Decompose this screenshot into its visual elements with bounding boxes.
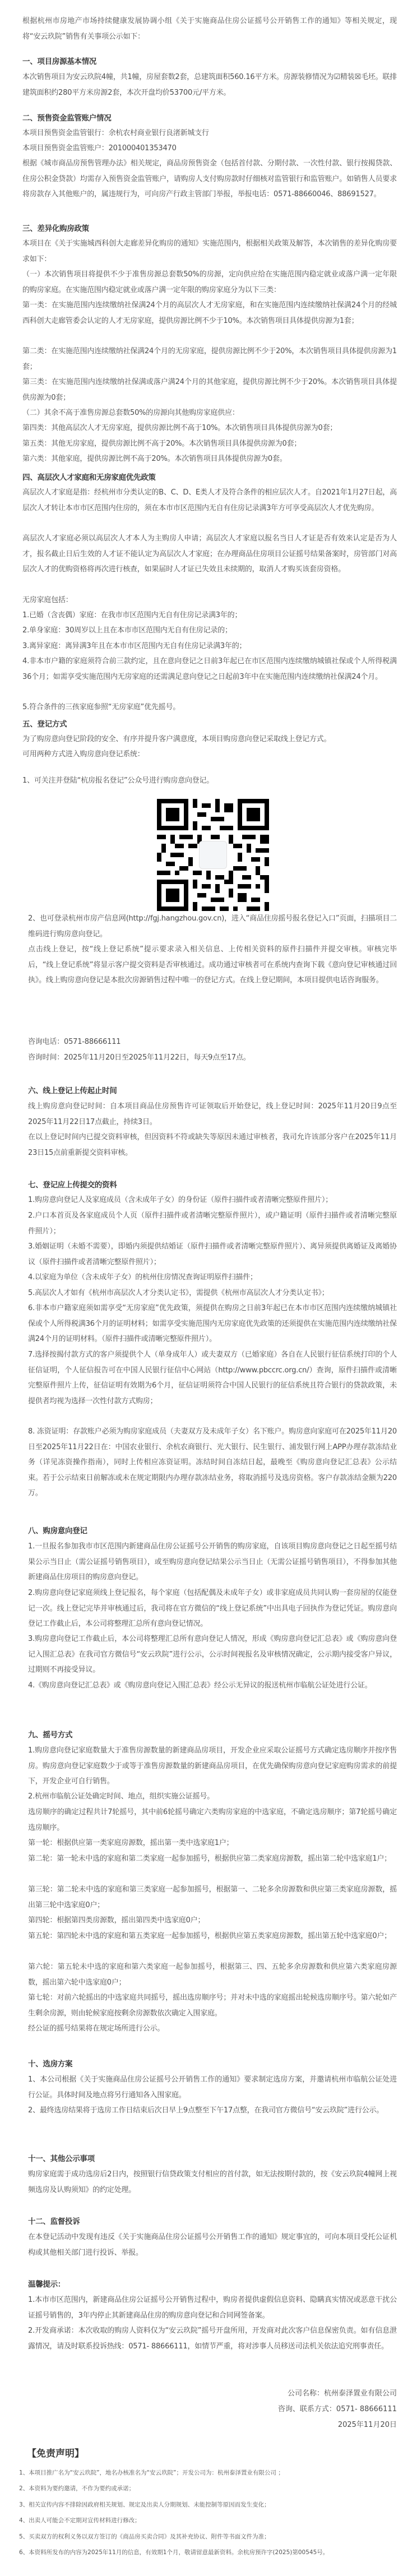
round-2: 第二轮：第一轮未中选的家庭和第二类家庭一起参加摇号，根据供应第二类家庭房源数，摇… [28, 1851, 397, 1867]
section-5-p3: 点击线上登记，按“线上登记系统”提示要求录入相关信息、上传相关资料的原件扫描件并… [28, 942, 397, 988]
material-item-5: 5.高层次人才如有《杭州市高层次人才分类认定书》，需提供《杭州市高层次人才分类认… [28, 1285, 397, 1301]
qr-code-image[interactable] [157, 799, 269, 911]
section-5-p1: 为了购房意向登记阶段的安全、有序并提升客户满意度，本项目购房意向登记采取线上登记… [22, 732, 397, 747]
disclaimer-item: 6、本资料所发布的内容为2025年11月的信息，有效期1个月，敬请留意最新资料。… [19, 2548, 406, 2557]
section-2-title: 二、预售资金监管账户情况 [22, 113, 111, 124]
no-house-item-1: 1.已婚（含丧偶）家庭：在我市市区范围内无自有住房记录满3年的； [22, 608, 397, 623]
section-4-p3: 无房家庭包括： [22, 593, 397, 608]
section-3-intro: 本项目在《关于实施城西科创大走廊差异化购房的通知》实施范围内，根据相关政策及解答… [22, 236, 397, 267]
section-11-p1: 购房家庭需于成功选房后2日内，按照银行信贷政策支付相应的首付款，如无法按期付款的… [28, 2167, 397, 2198]
category-2: 第二类：在实施范围内连续缴纳社保满24个月的无房家庭，提供房源比例不少于20%，… [22, 344, 397, 374]
material-item-7: 7.选择按揭付款方式的客户须提供个人（单身成年人）或夫妻双方（已婚家庭）各自在人… [28, 1347, 397, 1409]
material-item-2: 2.户口本首页及各家庭成员个人页（原件扫描件或者清晰完整原件照片），或户籍证明（… [28, 1208, 397, 1239]
material-item-1: 1.购房意向登记人及家庭成员（含未成年子女）的身份证（原件扫描件或者清晰完整原件… [28, 1192, 397, 1208]
disclaimer-item: 1、本项目推广名为“安云玖院”，地名办核准名为“安云玖院”；开发公司为：杭州泰泽… [19, 2468, 406, 2477]
round-6: 第六轮：第五轮未中选的家庭和第六类家庭一起参加摇号，根据第三、四、五轮多余房源数… [28, 1959, 397, 1990]
section-3-part2: （二）其余不高于准售房源总套数50%的房源向其他购房家庭供应： [22, 405, 397, 421]
section-3-title: 三、差异化购房政策 [22, 223, 89, 234]
disclaimer-item: 4、出卖人可能会不定期对宣传材料进行修改； [19, 2516, 406, 2525]
section-2-body: 根据《城市商品房预售管理办法》相关规定，商品房预售资金（包括首付款、分期付款、一… [22, 156, 397, 202]
section-6-p2: 在以上登记时间内已提交资料审核，但因资料不符或缺失等原因未通过审核者，我司允许该… [28, 1130, 397, 1160]
supervision-bank: 本项目预售资金监管银行：余杭农村商业银行良渚新城支行 [22, 126, 397, 141]
material-item-3: 3.婚姻证明（未婚不需要），即婚内须提供结婚证（原件扫描件或者清晰完整原件照片）… [28, 1239, 397, 1270]
consult-hours: 咨询时间：2025年11月20日至2025年11月22日，每天9点至17点。 [28, 1050, 397, 1066]
lottery-rounds-intro: 选房顺序的确定过程共计7轮摇号，其中前6轮摇号确定六类购房家庭的中选家庭，不确定… [28, 1805, 397, 1835]
category-6: 第六类：其他家庭，提供房源比例不高于20%。本次销售项目具体提供房源为0套。 [22, 451, 397, 467]
lottery-item-2: 2.杭州市临航公证处确定时间、地点，组织实施公证摇号。 [28, 1789, 397, 1805]
tips-title: 温馨提示： [28, 2279, 65, 2290]
registration-way-2: 2、也可登录杭州市房产信息网(http://fgj.hangzhou.gov.c… [28, 911, 397, 942]
selection-item-1: 1、本公司根据《关于实施商品住房公证摇号公开销售工作的通知》要求制定选房方案，并… [28, 2072, 397, 2103]
section-1-body: 本次销售项目为安云玖院4幢，共1幢，房屋套数2套，总建筑面积560.16平方米。… [22, 70, 397, 100]
selection-item-2: 2、最终选房结果将于选房工作日结束后次日早上9点整至下午17点整，在我司官方微信… [28, 2103, 397, 2119]
material-item-4: 4.以家庭为单位（含未成年子女）的杭州住房情况查询证明原件扫描件； [28, 1270, 397, 1285]
section-8-title: 八、购房意向登记 [28, 1525, 87, 1537]
intent-item-4: 4.《购房意向登记汇总表》或《购房意向登记入围汇总表》经公示无异议的报送杭州市临… [28, 1678, 397, 1694]
intent-item-2: 2.购房意向登记家庭须线上登记报名，每个家庭（包括配偶及未成年子女）或非家庭成员… [28, 1585, 397, 1632]
category-5: 第五类：其他无房家庭，提供房源比例不高于20%。本次销售项目具体提供房源为0套； [22, 436, 397, 452]
intro-paragraph: 根据杭州市房地产市场持续健康发展协调小组《关于实施商品住房公证摇号公开销售工作的… [22, 13, 397, 44]
section-5-p2: 可用两种方式进入购房意向登记系统： [22, 747, 397, 762]
registration-way-1: 1、可关注并登陆“杭房报名登记”公众号进行购房意向登记。 [22, 773, 397, 789]
section-5-title: 五、登记方式 [22, 719, 67, 730]
consult-phone: 咨询电话：0571-88666111 [28, 1034, 397, 1050]
round-4: 第四轮：根据第四类房源数，摇出第四类中选家庭0户； [28, 1913, 397, 1928]
disclaimer-item: 3、相关宣传内容不排除因政府相关规划、规定及出卖人分期规划、未能控制等原因而发生… [19, 2500, 406, 2509]
material-item-8: 8. 冻资证明：存款账户必须为购房家庭成员（夫妻双方及未成年子女）名下账户。购房… [28, 1424, 397, 1501]
no-house-item-5: 5.符合条件的三孩家庭参照“无房家庭”优先摇号。 [22, 700, 397, 715]
supervision-account: 本项目预售资金监管账户：201000401353470 [22, 141, 397, 156]
section-6-title: 六、线上登记上传起止时间 [28, 1085, 117, 1097]
disclaimer-item: 2、本资料为要约邀请，不作为要约或承诺； [19, 2484, 406, 2493]
section-6-p1: 线上购房意向登记时间：自本项目商品住房预售许可证领取后开始登记，线上登记时间：2… [28, 1099, 397, 1130]
round-1: 第一轮：根据供应第一类家庭房源数，摇出第一类中选家庭1户； [28, 1835, 397, 1851]
category-1: 第一类：在实施范围内连续缴纳社保满24个月的高层次人才无房家庭，和在实施范围内连… [22, 298, 397, 329]
section-3-part1: （一）本次销售项目将提供不少于准售房源总套数50%的房源，定向供应给在实施范围内… [22, 267, 397, 298]
announcement-date: 2025年11月20日 [338, 2420, 397, 2431]
disclaimer-item: 5、买卖双方的权利义务以双方签订的《商品房买卖合同》及其补充协议、附件等书面文件… [19, 2532, 406, 2541]
section-11-title: 十一、其他公示事项 [28, 2153, 95, 2165]
intent-item-3: 3.购房意向登记工作截止后，本公司将整理汇总所有意向登记人情况，形成《购房意向登… [28, 1631, 397, 1678]
no-house-item-3: 3.离异家庭：离异满3年且在本市市区范围内无自有住房记录满3年的； [22, 639, 397, 654]
no-house-item-2: 2.单身家庭：30周岁以上且在本市市区范围内无自有住房记录的； [22, 623, 397, 639]
round-5: 第五轮：第四轮未中选的家庭和第五类家庭一起参加摇号，根据供应第五类家庭房源数，摇… [28, 1928, 397, 1944]
category-4: 第四类：其他高层次人才无房家庭，提供房源比例不高于10%。本次销售项目具体提供房… [22, 420, 397, 436]
section-1-title: 一、项目房源基本情况 [22, 56, 96, 67]
disclaimer-title: 【免责声明】 [27, 2447, 84, 2461]
lottery-result-note: 经公证的摇号结果将在规定场所进行公示。 [28, 2021, 397, 2037]
section-12-p1: 在本登记活动中发现有违反《关于实施商品住房公证摇号公开销售工作的通知》规定事宜的… [28, 2230, 397, 2260]
round-3: 第三轮：第二轮未中选的家庭和第三类家庭一起参加摇号，根据第一、二轮多余房源数和供… [28, 1882, 397, 1913]
category-3: 第三类：在实施范围内连续缴纳社保满或落户满24个月的其他家庭，提供房源比例不少于… [22, 374, 397, 405]
section-12-title: 十二、监督投诉 [28, 2216, 80, 2227]
section-10-title: 十、选房方案 [28, 2059, 72, 2070]
section-7-title: 七、登记应上传提交的资料 [28, 1180, 117, 1191]
material-item-6: 6.非本市户籍家庭须如需享受“无房家庭”优先政策，须提供在购房之日前3年起已在本… [28, 1301, 397, 1347]
lottery-item-1: 1.购房意向登记家庭数量大于准售房源数量的新建商品房项目，开发企业应采取公证摇号… [28, 1743, 397, 1789]
section-4-title: 四、高层次人才家庭和无房家庭优先政策 [22, 472, 156, 483]
section-4-p2: 高层次人才家庭必须以高层次人才本人为主购房人申请；高层次人才家庭以报名当日人才证… [22, 531, 397, 577]
section-4-p1: 高层次人才家庭是指：经杭州市分类认定的B、C、D、E类人才及符合条件的相应层次人… [22, 485, 397, 516]
round-7: 第七轮：对前六轮摇出的中选家庭共同摇号，摇出选房顺序号；并对未中选的家庭摇出轮候… [28, 1990, 397, 2021]
tip-item-2: 2.开发商承诺：本次收取的购房人资料仅为“安云玖院”摇号开盘所用，开发商对此次客… [28, 2323, 397, 2354]
company-name: 公司名称：杭州泰泽置业有限公司 [288, 2388, 397, 2399]
hangfang-registration-logo-icon [199, 841, 227, 869]
no-house-item-4: 4.非本市户籍的家庭须符合前三款约定，且在意向登记之日前3年起已在市区范围内连续… [22, 654, 397, 685]
intent-item-1: 1.一旦报名参加我市市区范围内新建商品住房公证摇号公开销售的购房家庭，自该项目购… [28, 1539, 397, 1585]
section-9-title: 九、摇号方式 [28, 1729, 72, 1741]
company-contact: 咨询、联系方式：0571- 88666111 [278, 2404, 397, 2415]
tip-item-1: 1.本市市区范围内，新建商品住房公证摇号公开销售过程中，购房者提供虚假信息资料、… [28, 2292, 397, 2323]
